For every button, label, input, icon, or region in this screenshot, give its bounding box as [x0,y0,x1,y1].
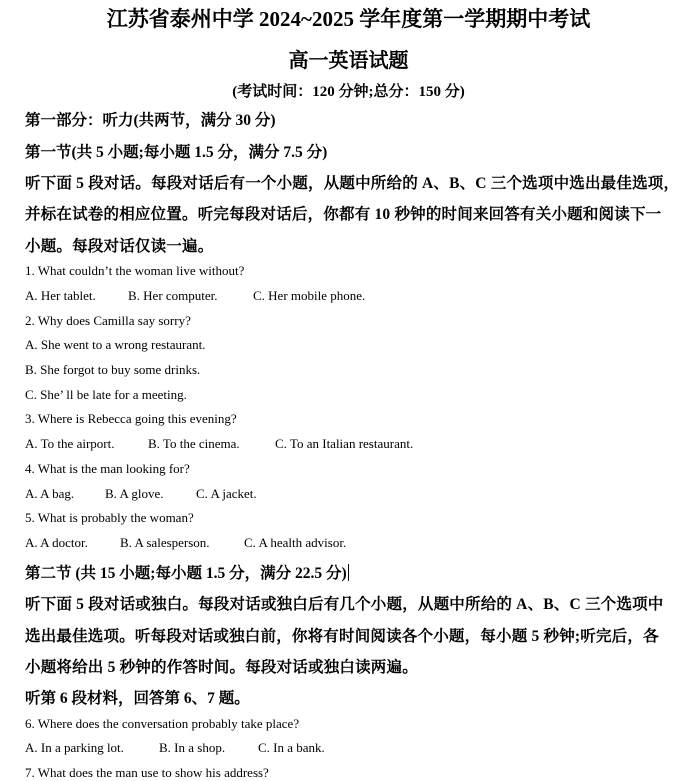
option-a: A. Her tablet. [25,288,96,304]
question-7: 7. What does the man use to show his add… [25,765,269,781]
text-cursor [348,564,349,581]
exam-info: (考试时间：120 分钟;总分：150 分) [0,80,697,101]
material-note: 听第 6 段材料，回答第 6、7 题。 [25,686,250,708]
section1-heading: 第一节(共 5 小题;每小题 1.5 分，满分 7.5 分) [25,140,327,162]
section1-instruction-line: 小题。每段对话仅读一遍。 [25,234,213,256]
section2-instruction-line: 听下面 5 段对话或独白。每段对话或独白后有几个小题，从题中所给的 A、B、C … [25,592,663,614]
option-b: B. A salesperson. [120,535,210,551]
question-2: 2. Why does Camilla say sorry? [25,313,191,329]
exam-subtitle: 高一英语试题 [0,44,697,73]
question-1: 1. What couldn’t the woman live without? [25,263,244,279]
option-b: B. A glove. [105,486,164,502]
question-6: 6. Where does the conversation probably … [25,716,299,732]
exam-document: 江苏省泰州中学 2024~2025 学年度第一学期期中考试 高一英语试题 (考试… [0,0,697,781]
section2-heading[interactable]: 第二节 (共 15 小题;每小题 1.5 分，满分 22.5 分) [25,561,349,583]
option-c: C. In a bank. [258,740,325,756]
section2-instruction-line: 小题将给出 5 秒钟的作答时间。每段对话或独白读两遍。 [25,655,418,677]
part1-heading: 第一部分：听力(共两节，满分 30 分) [25,108,276,130]
option-a: A. A doctor. [25,535,88,551]
option-a: A. To the airport. [25,436,114,452]
exam-title: 江苏省泰州中学 2024~2025 学年度第一学期期中考试 [0,3,697,33]
option-a: A. A bag. [25,486,74,502]
section1-instruction-line: 听下面 5 段对话。每段对话后有一个小题，从题中所给的 A、B、C 三个选项中选… [25,171,679,193]
option-a: A. In a parking lot. [25,740,124,756]
option-c: C. She’ ll be late for a meeting. [25,387,187,403]
section2-heading-text: 第二节 (共 15 小题;每小题 1.5 分，满分 22.5 分) [25,565,347,582]
option-c: C. To an Italian restaurant. [275,436,413,452]
section1-instruction-line: 并标在试卷的相应位置。听完每段对话后，你都有 10 秒钟的时间来回答有关小题和阅… [25,202,661,224]
option-a: A. She went to a wrong restaurant. [25,337,206,353]
option-b: B. She forgot to buy some drinks. [25,362,200,378]
question-3: 3. Where is Rebecca going this evening? [25,411,237,427]
question-4: 4. What is the man looking for? [25,461,190,477]
option-c: C. A health advisor. [244,535,346,551]
section2-instruction-line: 选出最佳选项。听每段对话或独白前，你将有时间阅读各个小题，每小题 5 秒钟;听完… [25,624,659,646]
question-5: 5. What is probably the woman? [25,510,194,526]
option-c: C. Her mobile phone. [253,288,365,304]
option-b: B. To the cinema. [148,436,240,452]
option-c: C. A jacket. [196,486,257,502]
option-b: B. Her computer. [128,288,218,304]
option-b: B. In a shop. [159,740,225,756]
